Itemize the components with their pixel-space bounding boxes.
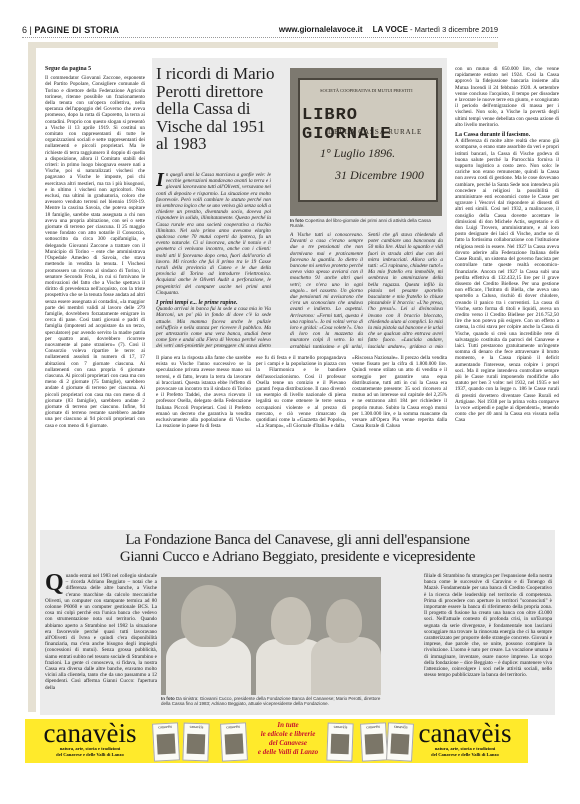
magazine-cover: canavèis <box>152 722 180 761</box>
magazine-cover: canavèis <box>360 722 388 761</box>
section-name: PAGINE DI STORIA <box>34 25 119 35</box>
ad-center-text: In tutte le edicole e librerie del Canav… <box>253 721 323 757</box>
article-column-5: con un mutuo di 650.000 lire, che venne … <box>455 66 559 516</box>
ledger-cover-photo: SOCIETÀ COOPERATIVA DI MUTUI PRESTITI LI… <box>290 68 442 216</box>
foundation-text: filiale di Strambino fu strategica per l… <box>424 573 552 678</box>
person-body <box>311 637 381 695</box>
ledger-subtitle-text: DELLA CASSA RURALE <box>328 128 422 136</box>
dropcap: I <box>156 172 164 189</box>
caption-text: Da sinistra: Giovanni Cucco, presidente … <box>161 696 380 706</box>
person-head <box>181 585 236 647</box>
interview-text: Sentii che gli stava chiedendo di poter … <box>368 232 443 350</box>
headline-line-1: La Fondazione Banca del Canavese, gli an… <box>40 532 555 549</box>
article-text: ese fu di festa e il martello propaganda… <box>256 355 346 429</box>
interview-column-2: A Vische tutti si conoscevano. Davanti a… <box>290 232 363 350</box>
issue-date: - Martedì 3 dicembre 2019 <box>410 25 498 34</box>
caption-text: Copertina del libro-giornale dei primi a… <box>290 218 431 228</box>
masthead-info: www.giornalelavoce.it LA VOCE - Martedì … <box>271 25 498 34</box>
group-photo-caption: In foto Da sinistra: Giovanni Cucco, pre… <box>161 696 381 706</box>
ledger-top-text: SOCIETÀ COOPERATIVA DI MUTUI PRESTITI <box>320 88 413 93</box>
decorative-side-bar <box>28 42 36 712</box>
website-link[interactable]: www.giornalelavoce.it <box>279 25 363 34</box>
magazine-cover: canavèis <box>326 723 353 762</box>
ad-brand-left: canavèis natura, arte, storia e tradizio… <box>31 721 149 757</box>
article-column-3: ese fu di festa e il martello propaganda… <box>256 355 346 515</box>
article-text: «Riscossa Nazionale». Il prezzo della ve… <box>352 355 447 429</box>
foundation-column-2: filiale di Strambino fu strategica per l… <box>424 573 552 713</box>
page-number: 6 <box>22 25 27 35</box>
ad-tagline-2: del Canavese e delle Valli di Lanzo <box>406 752 524 758</box>
ad-tagline-2: del Canavese e delle Valli di Lanzo <box>31 752 149 758</box>
ledger-handwriting-1: 1° Luglio 1896. <box>320 146 395 161</box>
headline-line-2: Gianni Cucco e Adriano Beggiato, preside… <box>40 549 555 566</box>
article-text: Il piano era la risposta alla fame che s… <box>156 355 251 429</box>
person-head <box>326 599 362 643</box>
dropcap: Q <box>45 573 64 593</box>
page-header: 6 | PAGINE DI STORIA www.giornalelavoce.… <box>22 25 498 38</box>
article-text: A differenza di molte altre realtà che e… <box>455 138 559 423</box>
paper-name: LA VOCE <box>373 25 408 34</box>
article-text: con un mutuo di 650.000 lire, che venne … <box>455 66 559 128</box>
ad-brand-name: canavèis <box>406 721 524 746</box>
interview-column-3: Sentii che gli stava chiedendo di poter … <box>368 232 443 350</box>
article-column-2: Il piano era la risposta alla fame che s… <box>156 355 251 515</box>
interview-title: I ricordi di Mario Perotti direttore del… <box>156 65 276 153</box>
ledger-handwriting-2: 31 Dicembre 1900 <box>335 168 424 183</box>
person-head <box>271 597 311 645</box>
canaveis-advertisement[interactable]: canavèis natura, arte, storia e tradizio… <box>25 719 528 763</box>
foundation-column-1: Q uando entrai nel 1983 nel collegio sin… <box>45 573 157 713</box>
article-text: Il commendator Giovanni Zaccone, esponen… <box>45 75 145 429</box>
ad-brand-name: canavèis <box>31 721 149 746</box>
ad-brand-right: canavèis natura, arte, storia e tradizio… <box>406 721 524 757</box>
interview-text: Quando arrivai in banca fui la sede a ca… <box>156 306 271 350</box>
interview-text: A Vische tutti si conoscevano. Davanti a… <box>290 232 363 350</box>
magazine-cover: canavèis <box>182 723 209 762</box>
photo-caption: In foto Copertina del libro-giornale dei… <box>290 218 445 228</box>
section-title: 6 | PAGINE DI STORIA <box>22 25 119 35</box>
group-photo <box>161 577 381 695</box>
interview-text: n quegli anni la Cassa marciava a gonfie… <box>156 172 271 296</box>
interview-column-1: I n quegli anni la Cassa marciava a gonf… <box>156 172 271 350</box>
continued-from-label: Segue da pagina 5 <box>45 66 145 72</box>
foundation-headline: La Fondazione Banca del Canavese, gli an… <box>40 532 555 566</box>
magazine-cover: canavèis <box>220 722 248 761</box>
decorative-top-bar <box>28 42 498 48</box>
ledger-title-text: LIBRO GIORNALE <box>302 106 442 144</box>
article-column-4: «Riscossa Nazionale». Il prezzo della ve… <box>352 355 447 515</box>
article-column-1: Segue da pagina 5 Il commendator Giovann… <box>45 66 145 516</box>
